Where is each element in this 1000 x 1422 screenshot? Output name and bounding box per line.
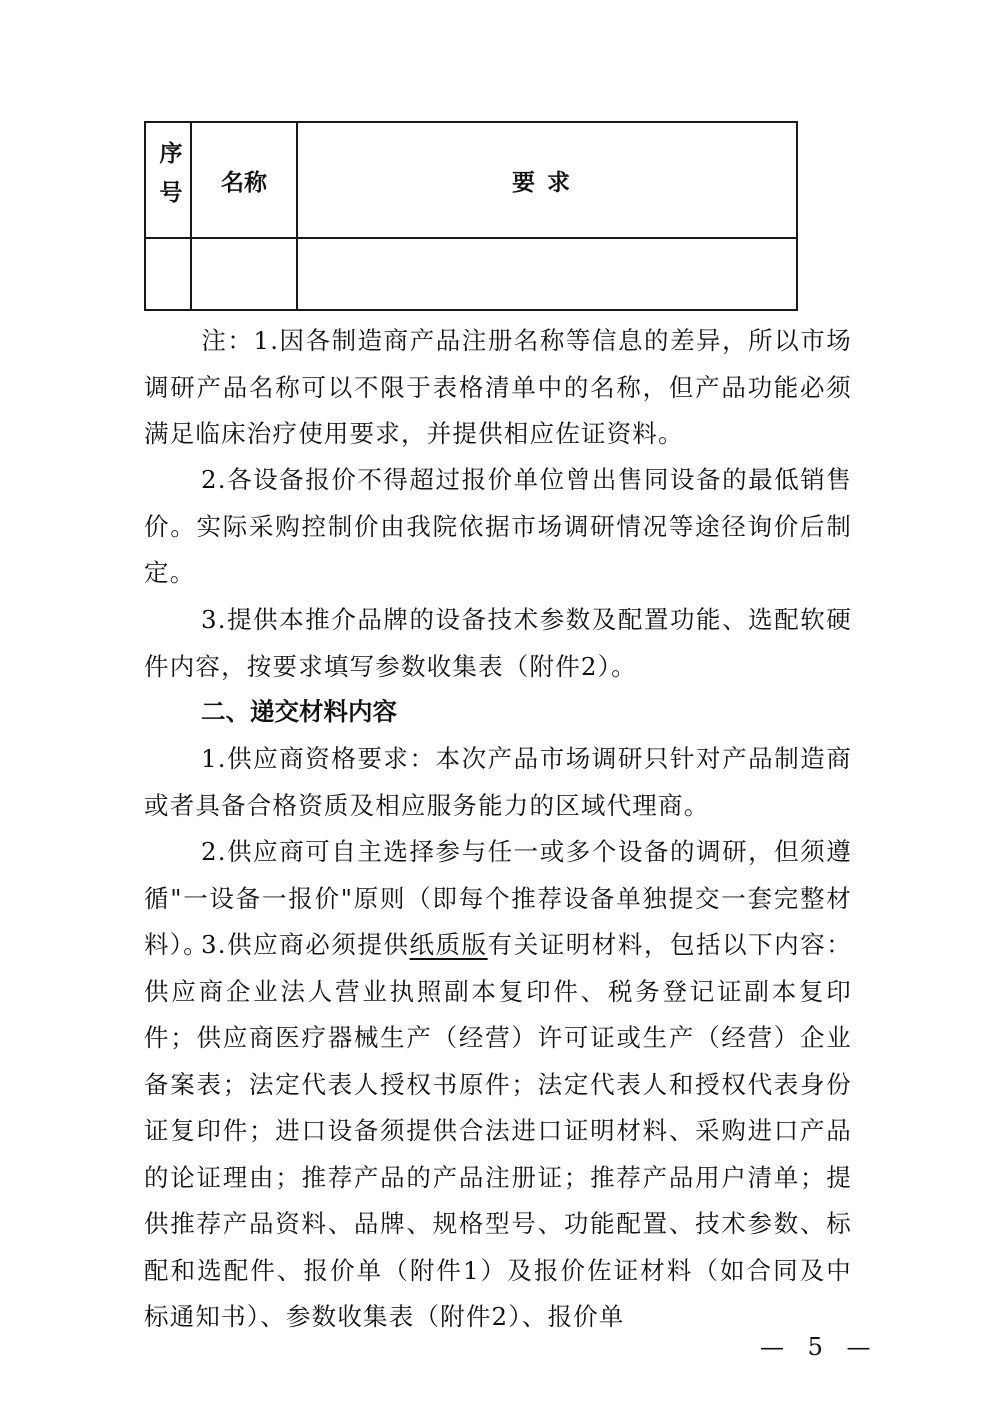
document-page: 序号 名称 要求 注：1.因各制造商产品注册名称等信息的差异，所以市场调研产品名… — [0, 0, 1000, 1422]
cell-name — [192, 239, 298, 309]
header-requirement: 要求 — [298, 123, 796, 237]
table-header-row: 序号 名称 要求 — [146, 123, 796, 239]
note-2: 2.各设备报价不得超过报价单位曾出售同设备的最低销售价。实际采购控制价由我院依据… — [144, 457, 852, 597]
cell-index — [146, 239, 192, 309]
underlined-paper-version: 纸质版 — [409, 930, 487, 959]
note-1: 注：1.因各制造商产品注册名称等信息的差异，所以市场调研产品名称可以不限于表格清… — [144, 318, 852, 458]
cell-requirement — [298, 239, 796, 309]
note-3: 3.提供本推介品牌的设备技术参数及配置功能、选配软硬件内容，按要求填写参数收集表… — [144, 597, 852, 690]
requirements-table: 序号 名称 要求 — [144, 121, 798, 311]
section2-item-1: 1.供应商资格要求：本次产品市场调研只针对产品制造商或者具备合格资质及相应服务能… — [144, 736, 852, 829]
table-row — [146, 239, 796, 309]
header-index: 序号 — [146, 123, 192, 237]
section-heading: 二、递交材料内容 — [201, 689, 397, 736]
header-name: 名称 — [192, 123, 298, 237]
page-number: — 5 — — [760, 1333, 879, 1361]
section2-item-3: 3.供应商必须提供纸质版有关证明材料，包括以下内容：供应商企业法人营业执照副本复… — [144, 922, 852, 1341]
